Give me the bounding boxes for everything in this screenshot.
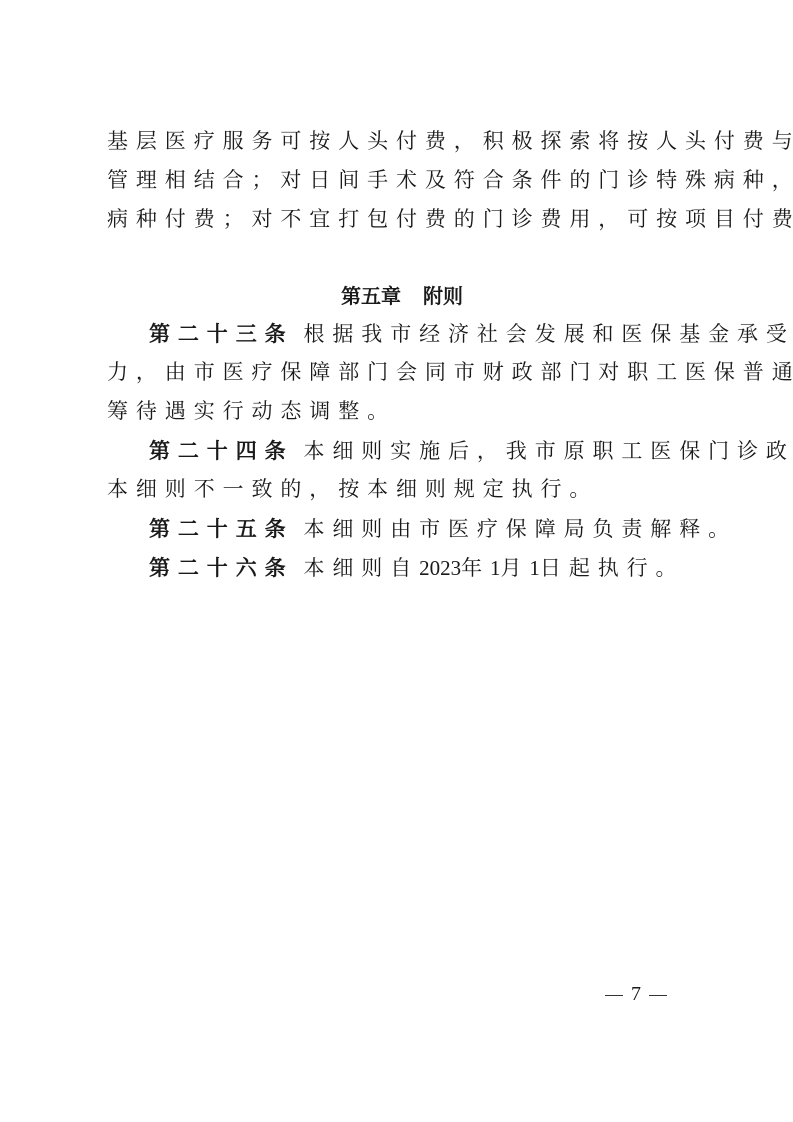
article-text: 本细则由市医疗保障局负责解释。 <box>304 517 738 541</box>
article-label: 第二十三条 <box>149 321 294 346</box>
effective-day: 1 <box>529 556 540 580</box>
paragraph-line: 基层医疗服务可按人头付费，积极探索将按人头付费与慢性病 <box>107 122 689 161</box>
effective-month: 1 <box>490 556 501 580</box>
article-label: 第二十六条 <box>149 555 294 580</box>
article-text: 根据我市经济社会发展和医保基金承受能 <box>304 322 793 346</box>
article-25-line-1: 第二十五条本细则由市医疗保障局负责解释。 <box>107 509 689 548</box>
article-23-line-1: 第二十三条根据我市经济社会发展和医保基金承受能 <box>107 314 689 353</box>
article-label: 第二十五条 <box>149 516 294 541</box>
page-number-footer: 7 <box>597 983 675 1006</box>
paragraph-line: 力，由市医疗保障部门会同市财政部门对职工医保普通门诊统 <box>107 353 689 392</box>
dash-left <box>605 995 623 996</box>
article-text-prefix: 本细则自 <box>304 556 420 580</box>
month-unit: 月 <box>501 556 530 580</box>
dash-right <box>649 995 667 996</box>
chapter-number: 第五章 <box>341 284 401 308</box>
paragraph-line: 筹待遇实行动态调整。 <box>107 392 689 431</box>
chapter-heading: 第五章附则 <box>107 278 689 314</box>
paragraph-line: 管理相结合；对日间手术及符合条件的门诊特殊病种，推行按 <box>107 161 689 200</box>
article-label: 第二十四条 <box>149 438 294 463</box>
document-page: 基层医疗服务可按人头付费，积极探索将按人头付费与慢性病 管理相结合；对日间手术及… <box>107 122 689 587</box>
article-24-line-1: 第二十四条本细则实施后，我市原职工医保门诊政策与 <box>107 431 689 470</box>
article-26-line-1: 第二十六条本细则自2023年1月1日起执行。 <box>107 548 689 587</box>
page-number: 7 <box>631 983 641 1005</box>
chapter-title: 附则 <box>423 284 463 308</box>
year-unit: 年 <box>461 556 490 580</box>
paragraph-line: 本细则不一致的，按本细则规定执行。 <box>107 470 689 509</box>
article-text: 本细则实施后，我市原职工医保门诊政策与 <box>304 439 793 463</box>
article-text-suffix: 日起执行。 <box>540 556 685 580</box>
paragraph-line: 病种付费；对不宜打包付费的门诊费用，可按项目付费。 <box>107 200 689 239</box>
effective-year: 2023 <box>419 556 461 580</box>
